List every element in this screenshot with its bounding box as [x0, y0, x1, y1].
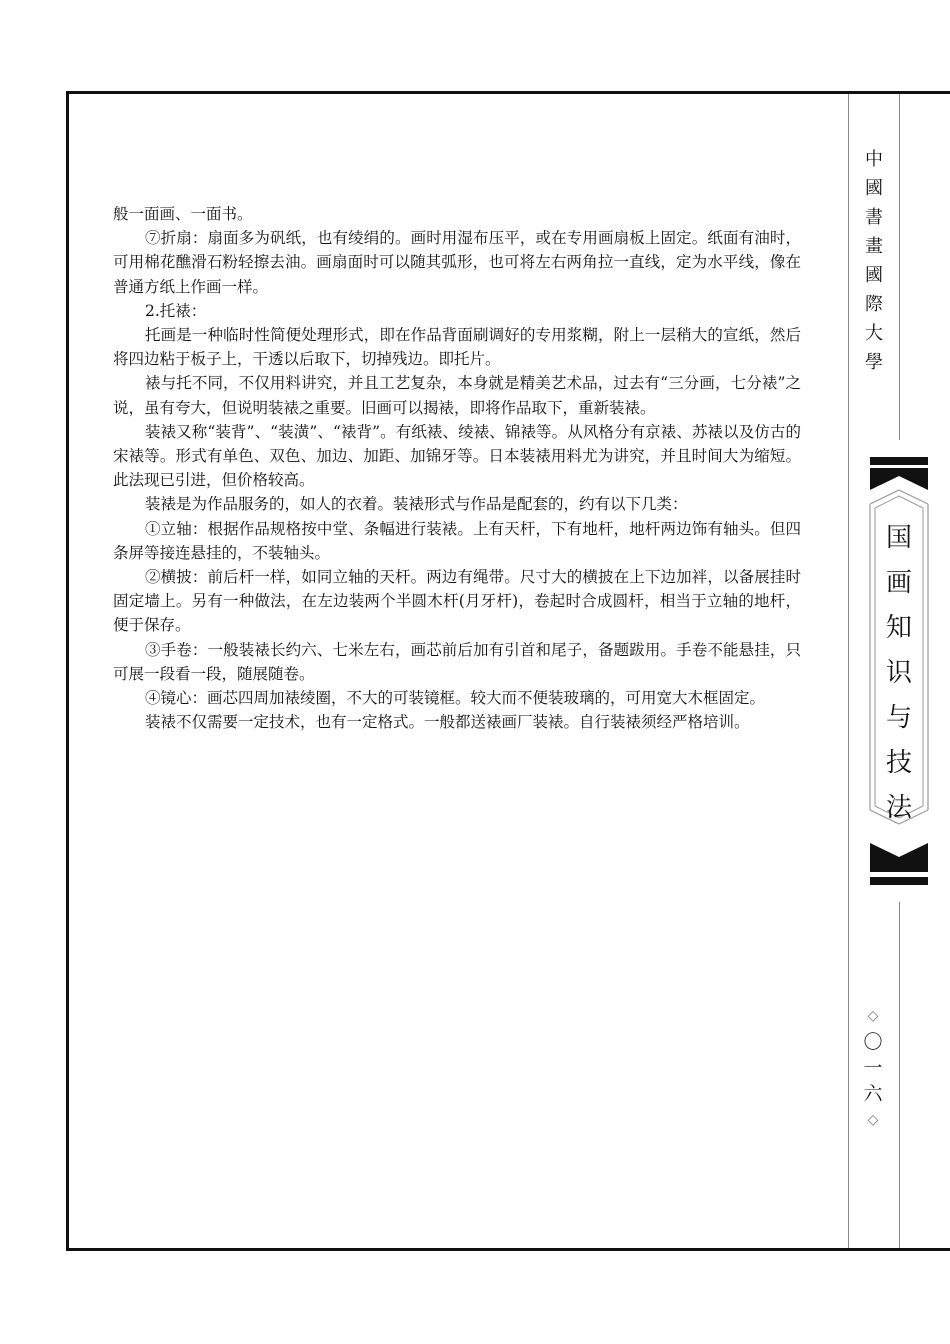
title-char: 技 — [886, 749, 912, 777]
school-char: 中 — [865, 151, 883, 169]
paragraph: 般一面画、一面书。 — [113, 202, 801, 226]
school-name-vertical: 中 國 書 畫 國 際 大 學 — [862, 151, 886, 372]
paragraph: 裱与托不同，不仅用料讲究，并且工艺复杂，本身就是精美艺术品，过去有“三分画，七分… — [113, 371, 801, 419]
school-char: 學 — [865, 354, 883, 372]
banner-top-bar — [870, 457, 928, 465]
diamond-icon: ◇ — [868, 1110, 879, 1130]
body-text: 般一面画、一面书。 ⑦折扇：扇面多为矾纸，也有绫绢的。画时用湿布压平，或在专用画… — [113, 202, 801, 734]
banner-bottom-block-icon — [868, 843, 930, 875]
diamond-icon: ◇ — [868, 1006, 879, 1026]
sidebar-right-rule-top — [899, 94, 900, 440]
school-char: 畫 — [865, 238, 883, 256]
page-number-char: 〇 — [863, 1032, 882, 1052]
title-char: 国 — [886, 524, 912, 552]
list-item: ④镜心：画芯四周加裱绫圈，不大的可装镜框。较大而不便装玻璃的，可用宽大木框固定。 — [113, 686, 801, 710]
page-number-char: 六 — [863, 1084, 882, 1104]
page-frame-left-border — [66, 91, 69, 1251]
school-char: 大 — [865, 325, 883, 343]
paragraph: 装裱不仅需要一定技术，也有一定格式。一般都送裱画厂装裱。自行装裱须经严格培训。 — [113, 710, 801, 734]
paragraph: 装裱又称“装背”、“装潢”、“裱背”。有纸裱、绫裱、锦裱等。从风格分有京裱、苏裱… — [113, 420, 801, 493]
sidebar-right-rule-bottom — [899, 902, 900, 1248]
school-char: 際 — [865, 296, 883, 314]
book-title-vertical: 国 画 知 识 与 技 法 — [872, 524, 926, 822]
paragraph: 托画是一种临时性简便处理形式，即在作品背面刷调好的专用浆糊，附上一层稍大的宣纸，… — [113, 323, 801, 371]
page-number-vertical: ◇ 〇 一 六 ◇ — [858, 1006, 888, 1130]
title-char: 知 — [886, 614, 912, 642]
section-heading: 2.托裱： — [113, 299, 801, 323]
list-item: ②横披：前后杆一样，如同立轴的天杆。两边有绳带。尺寸大的横披在上下边加袢，以备展… — [113, 565, 801, 638]
banner-bottom-bar — [870, 877, 928, 885]
title-char: 识 — [886, 659, 912, 687]
list-item: ①立轴：根据作品规格按中堂、条幅进行装裱。上有天杆，下有地杆，地杆两边饰有轴头。… — [113, 517, 801, 565]
title-char: 画 — [886, 569, 912, 597]
page-frame-bottom-border — [66, 1248, 950, 1251]
page-frame-top-border — [66, 91, 950, 94]
title-char: 与 — [886, 704, 912, 732]
page-number-char: 一 — [863, 1058, 882, 1078]
paragraph: 装裱是为作品服务的，如人的衣着。装裱形式与作品是配套的，约有以下几类： — [113, 492, 801, 516]
school-char: 國 — [865, 267, 883, 285]
paragraph: ⑦折扇：扇面多为矾纸，也有绫绢的。画时用湿布压平，或在专用画扇板上固定。纸面有油… — [113, 226, 801, 299]
title-char: 法 — [886, 794, 912, 822]
school-char: 書 — [865, 209, 883, 227]
school-char: 國 — [865, 180, 883, 198]
sidebar-left-rule — [848, 94, 849, 1248]
list-item: ③手卷：一般装裱长约六、七米左右，画芯前后加有引首和尾子，备题跋用。手卷不能悬挂… — [113, 638, 801, 686]
